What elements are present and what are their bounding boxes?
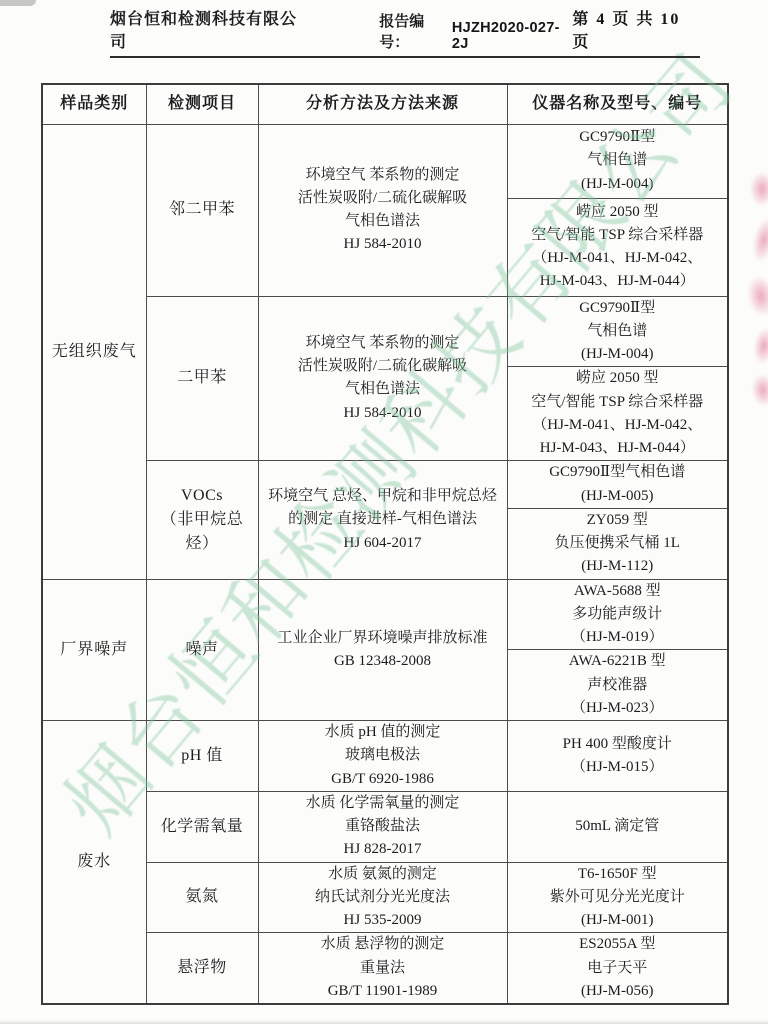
instrument-cell: AWA-5688 型 多功能声级计 （HJ-M-019） [507,579,728,650]
method-suspended-solids: 水质 悬浮物的测定 重量法 GB/T 11901-1989 [258,933,507,1004]
instrument-cell: ZY059 型 负压便携采气桶 1L (HJ-M-112) [507,508,728,579]
seal-mark-fragment [750,373,768,407]
category-fugitive-gas: 无组织废气 [42,124,146,579]
method-noise: 工业企业厂界环境噪声排放标准 GB 12348-2008 [258,579,507,721]
instrument-cell: 崂应 2050 型 空气/智能 TSP 综合采样器 （HJ-M-041、HJ-M… [507,367,728,461]
method-cod: 水质 化学需氧量的测定 重铬酸盐法 HJ 828-2017 [258,791,507,862]
method-o-xylene: 环境空气 苯系物的测定 活性炭吸附/二硫化碳解吸 气相色谱法 HJ 584-20… [258,124,507,296]
method-ph: 水质 pH 值的测定 玻璃电极法 GB/T 6920-1986 [258,721,507,792]
instrument-cell: GC9790Ⅱ型 气相色谱 (HJ-M-004) [507,124,728,198]
item-xylene: 二甲苯 [146,296,258,461]
table-header-row: 样品类别 检测项目 分析方法及方法来源 仪器名称及型号、编号 [42,84,728,124]
seal-mark-fragment [752,327,768,365]
report-number-label: 报告编号： [379,10,452,52]
scan-bottom-shadow [0,1020,768,1024]
category-wastewater: 废水 [42,721,146,1005]
instrument-cell: T6-1650F 型 紫外可见分光光度计 (HJ-M-001) [507,862,728,933]
col-header-test-item: 检测项目 [146,84,258,124]
item-noise: 噪声 [146,579,258,721]
method-instrument-table: 样品类别 检测项目 分析方法及方法来源 仪器名称及型号、编号 无组织废气 邻二甲… [41,83,729,1005]
seal-mark-fragment [745,274,768,318]
page-header: 烟台恒和检测科技有限公司 报告编号： HJZH2020-027-2J 第 4 页… [110,28,700,58]
red-seal-edge-marks [734,172,768,412]
instrument-cell: 50mL 滴定管 [507,791,728,862]
seal-mark-fragment [750,172,768,206]
instrument-cell: AWA-6221B 型 声校准器 （HJ-M-023） [507,650,728,721]
item-cod: 化学需氧量 [146,791,258,862]
method-xylene: 环境空气 苯系物的测定 活性炭吸附/二硫化碳解吸 气相色谱法 HJ 584-20… [258,296,507,461]
scan-corner-artifact [0,0,36,6]
instrument-cell: 崂应 2050 型 空气/智能 TSP 综合采样器 （HJ-M-041、HJ-M… [507,198,728,296]
company-name: 烟台恒和检测科技有限公司 [110,6,307,52]
page-number-info: 第 4 页 共 10 页 [572,6,700,52]
item-suspended-solids: 悬浮物 [146,933,258,1004]
item-ammonia-nitrogen: 氨氮 [146,862,258,933]
col-header-sample-category: 样品类别 [42,84,146,124]
table-row: 厂界噪声 噪声 工业企业厂界环境噪声排放标准 GB 12348-2008 AWA… [42,579,728,650]
instrument-cell: GC9790Ⅱ型气相色谱 (HJ-M-005) [507,461,728,509]
item-ph: pH 值 [146,721,258,792]
category-boundary-noise: 厂界噪声 [42,579,146,721]
col-header-method-source: 分析方法及方法来源 [258,84,507,124]
item-vocs: VOCs （非甲烷总烃） [146,461,258,579]
table-row: 废水 pH 值 水质 pH 值的测定 玻璃电极法 GB/T 6920-1986 … [42,721,728,792]
col-header-instrument: 仪器名称及型号、编号 [507,84,728,124]
instrument-cell: PH 400 型酸度计 （HJ-M-015） [507,721,728,792]
method-vocs: 环境空气 总烃、甲烷和非甲烷总烃 的测定 直接进样-气相色谱法 HJ 604-2… [258,461,507,579]
item-o-xylene: 邻二甲苯 [146,124,258,296]
seal-mark-fragment [749,216,768,264]
table-row: 无组织废气 邻二甲苯 环境空气 苯系物的测定 活性炭吸附/二硫化碳解吸 气相色谱… [42,124,728,198]
method-ammonia-nitrogen: 水质 氨氮的测定 纳氏试剂分光光度法 HJ 535-2009 [258,862,507,933]
report-number-group: 报告编号： HJZH2020-027-2J [379,10,572,52]
scanned-report-page: 烟台恒和检测科技有限公司 烟台恒和检测科技有限公司 报告编号： HJZH2020… [0,0,768,1024]
instrument-cell: ES2055A 型 电子天平 (HJ-M-056) [507,933,728,1004]
instrument-cell: GC9790Ⅱ型 气相色谱 (HJ-M-004) [507,296,728,367]
report-number-value: HJZH2020-027-2J [452,20,573,52]
